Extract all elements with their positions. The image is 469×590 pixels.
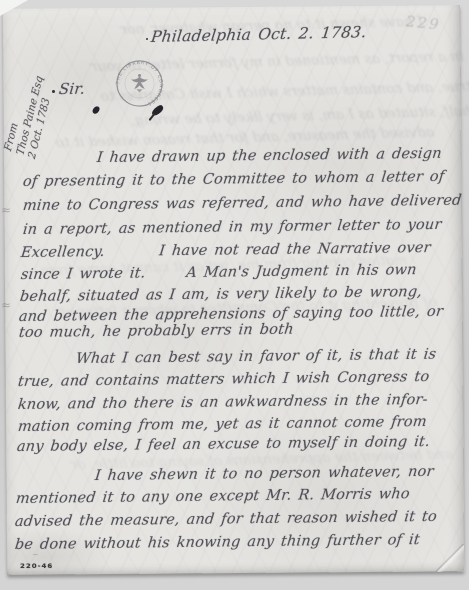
letter-salutation: Sir. bbox=[58, 80, 86, 98]
page-corner-fold bbox=[436, 544, 464, 572]
catalog-mark: 220-46 bbox=[20, 562, 53, 569]
margin-squiggle: ≈ bbox=[1, 203, 11, 217]
ink-dot bbox=[146, 38, 148, 40]
margin-squiggle: ~ bbox=[32, 550, 39, 559]
letter-scan: { "colors": { "background": "#cdcdcd", "… bbox=[0, 0, 469, 590]
page-corner-number: 229 bbox=[405, 12, 441, 34]
eagle-icon bbox=[131, 74, 148, 92]
ink-dot bbox=[52, 90, 55, 93]
letter-line: too much, he probably errs in both bbox=[18, 322, 295, 341]
library-of-congress-stamp: THE LIBRARY OF CONGRESS bbox=[113, 57, 166, 110]
margin-squiggle: ≈ bbox=[1, 298, 11, 312]
